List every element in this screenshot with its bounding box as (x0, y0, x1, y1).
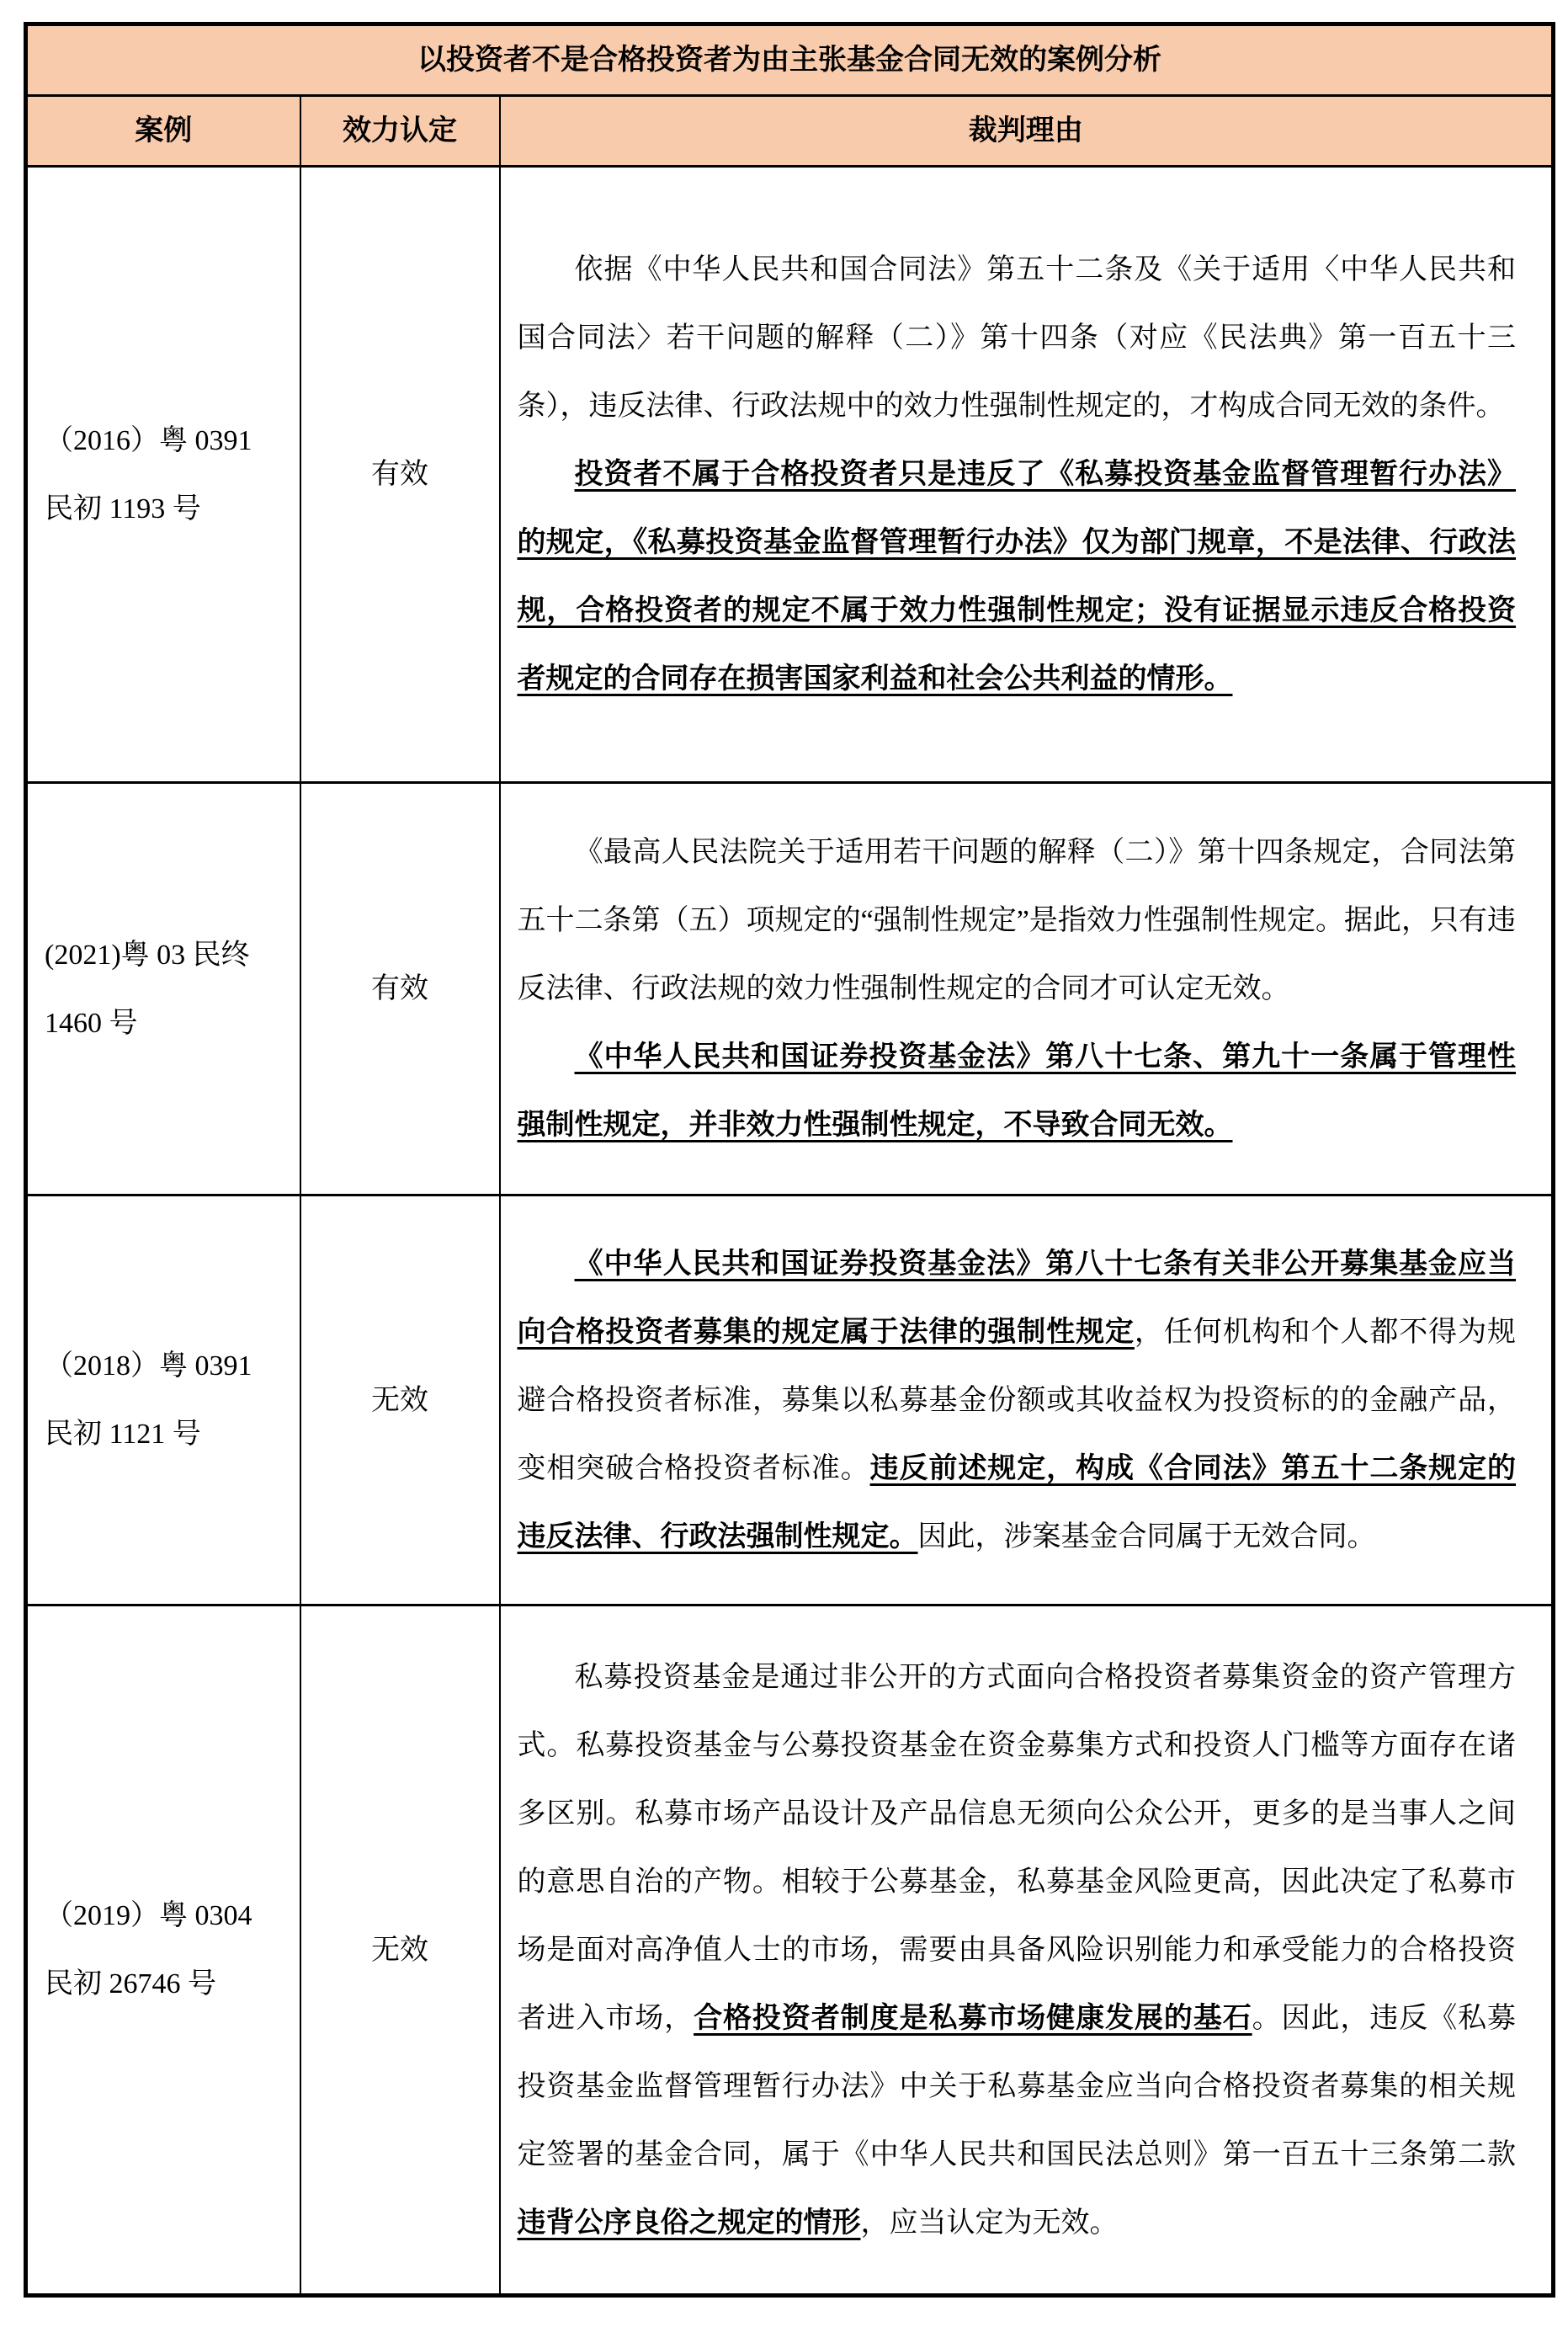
emphasized-text: 《中华人民共和国证券投资基金法》第八十七条、第九十一条属于管理性强制性规定，并非… (518, 1041, 1517, 1141)
column-header-reason: 裁判理由 (500, 96, 1554, 167)
table-title-row: 以投资者不是合格投资者为由主张基金合同无效的案例分析 (26, 24, 1554, 96)
emphasized-text: 投资者不属于合格投资者只是违反了《私募投资基金监督管理暂行办法》的规定，《私募投… (518, 458, 1517, 695)
emphasized-text: 违背公序良俗之规定的情形 (518, 2207, 861, 2239)
reason-paragraph: 《中华人民共和国证券投资基金法》第八十七条有关非公开募集基金应当向合格投资者募集… (518, 1230, 1517, 1571)
reason-cell: 私募投资基金是通过非公开的方式面向合格投资者募集资金的资产管理方式。私募投资基金… (500, 1605, 1554, 2296)
case-number-cell: （2019）粤 0304 民初 26746 号 (26, 1605, 300, 2296)
table-row: （2016）粤 0391 民初 1193 号有效依据《中华人民共和国合同法》第五… (26, 167, 1554, 783)
body-text: 私募投资基金是通过非公开的方式面向合格投资者募集资金的资产管理方式。私募投资基金… (518, 1662, 1517, 2034)
reason-paragraph: 《中华人民共和国证券投资基金法》第八十七条、第九十一条属于管理性强制性规定，并非… (518, 1023, 1517, 1159)
reason-cell: 依据《中华人民共和国合同法》第五十二条及《关于适用〈中华人民共和国合同法〉若干问… (500, 167, 1554, 783)
reason-paragraph: 私募投资基金是通过非公开的方式面向合格投资者募集资金的资产管理方式。私募投资基金… (518, 1643, 1517, 2257)
body-text: 因此，涉案基金合同属于无效合同。 (918, 1521, 1376, 1552)
reason-paragraph: 投资者不属于合格投资者只是违反了《私募投资基金监督管理暂行办法》的规定，《私募投… (518, 440, 1517, 713)
column-header-validity: 效力认定 (300, 96, 500, 167)
table-row: (2021)粤 03 民终 1460 号有效《最高人民法院关于适用若干问题的解释… (26, 783, 1554, 1195)
emphasized-text: 合格投资者制度是私募市场健康发展的基石 (694, 2002, 1252, 2034)
column-header-row: 案例 效力认定 裁判理由 (26, 96, 1554, 167)
body-text: ，应当认定为无效。 (861, 2207, 1119, 2239)
reason-paragraph: 依据《中华人民共和国合同法》第五十二条及《关于适用〈中华人民共和国合同法〉若干问… (518, 236, 1517, 440)
case-number-cell: （2018）粤 0391 民初 1121 号 (26, 1195, 300, 1605)
case-rows: （2016）粤 0391 民初 1193 号有效依据《中华人民共和国合同法》第五… (26, 167, 1554, 2296)
table-row: （2019）粤 0304 民初 26746 号无效私募投资基金是通过非公开的方式… (26, 1605, 1554, 2296)
table-title: 以投资者不是合格投资者为由主张基金合同无效的案例分析 (26, 24, 1554, 96)
validity-cell: 有效 (300, 783, 500, 1195)
validity-cell: 无效 (300, 1605, 500, 2296)
validity-cell: 有效 (300, 167, 500, 783)
body-text: 依据《中华人民共和国合同法》第五十二条及《关于适用〈中华人民共和国合同法〉若干问… (518, 254, 1517, 422)
reason-paragraph: 《最高人民法院关于适用若干问题的解释（二）》第十四条规定，合同法第五十二条第（五… (518, 818, 1517, 1023)
case-analysis-table: 以投资者不是合格投资者为由主张基金合同无效的案例分析 案例 效力认定 裁判理由 … (24, 22, 1555, 2298)
case-number-cell: （2016）粤 0391 民初 1193 号 (26, 167, 300, 783)
reason-cell: 《中华人民共和国证券投资基金法》第八十七条有关非公开募集基金应当向合格投资者募集… (500, 1195, 1554, 1605)
table-row: （2018）粤 0391 民初 1121 号无效《中华人民共和国证券投资基金法》… (26, 1195, 1554, 1605)
case-number-cell: (2021)粤 03 民终 1460 号 (26, 783, 300, 1195)
body-text: 《最高人民法院关于适用若干问题的解释（二）》第十四条规定，合同法第五十二条第（五… (518, 837, 1517, 1004)
reason-cell: 《最高人民法院关于适用若干问题的解释（二）》第十四条规定，合同法第五十二条第（五… (500, 783, 1554, 1195)
column-header-case: 案例 (26, 96, 300, 167)
validity-cell: 无效 (300, 1195, 500, 1605)
